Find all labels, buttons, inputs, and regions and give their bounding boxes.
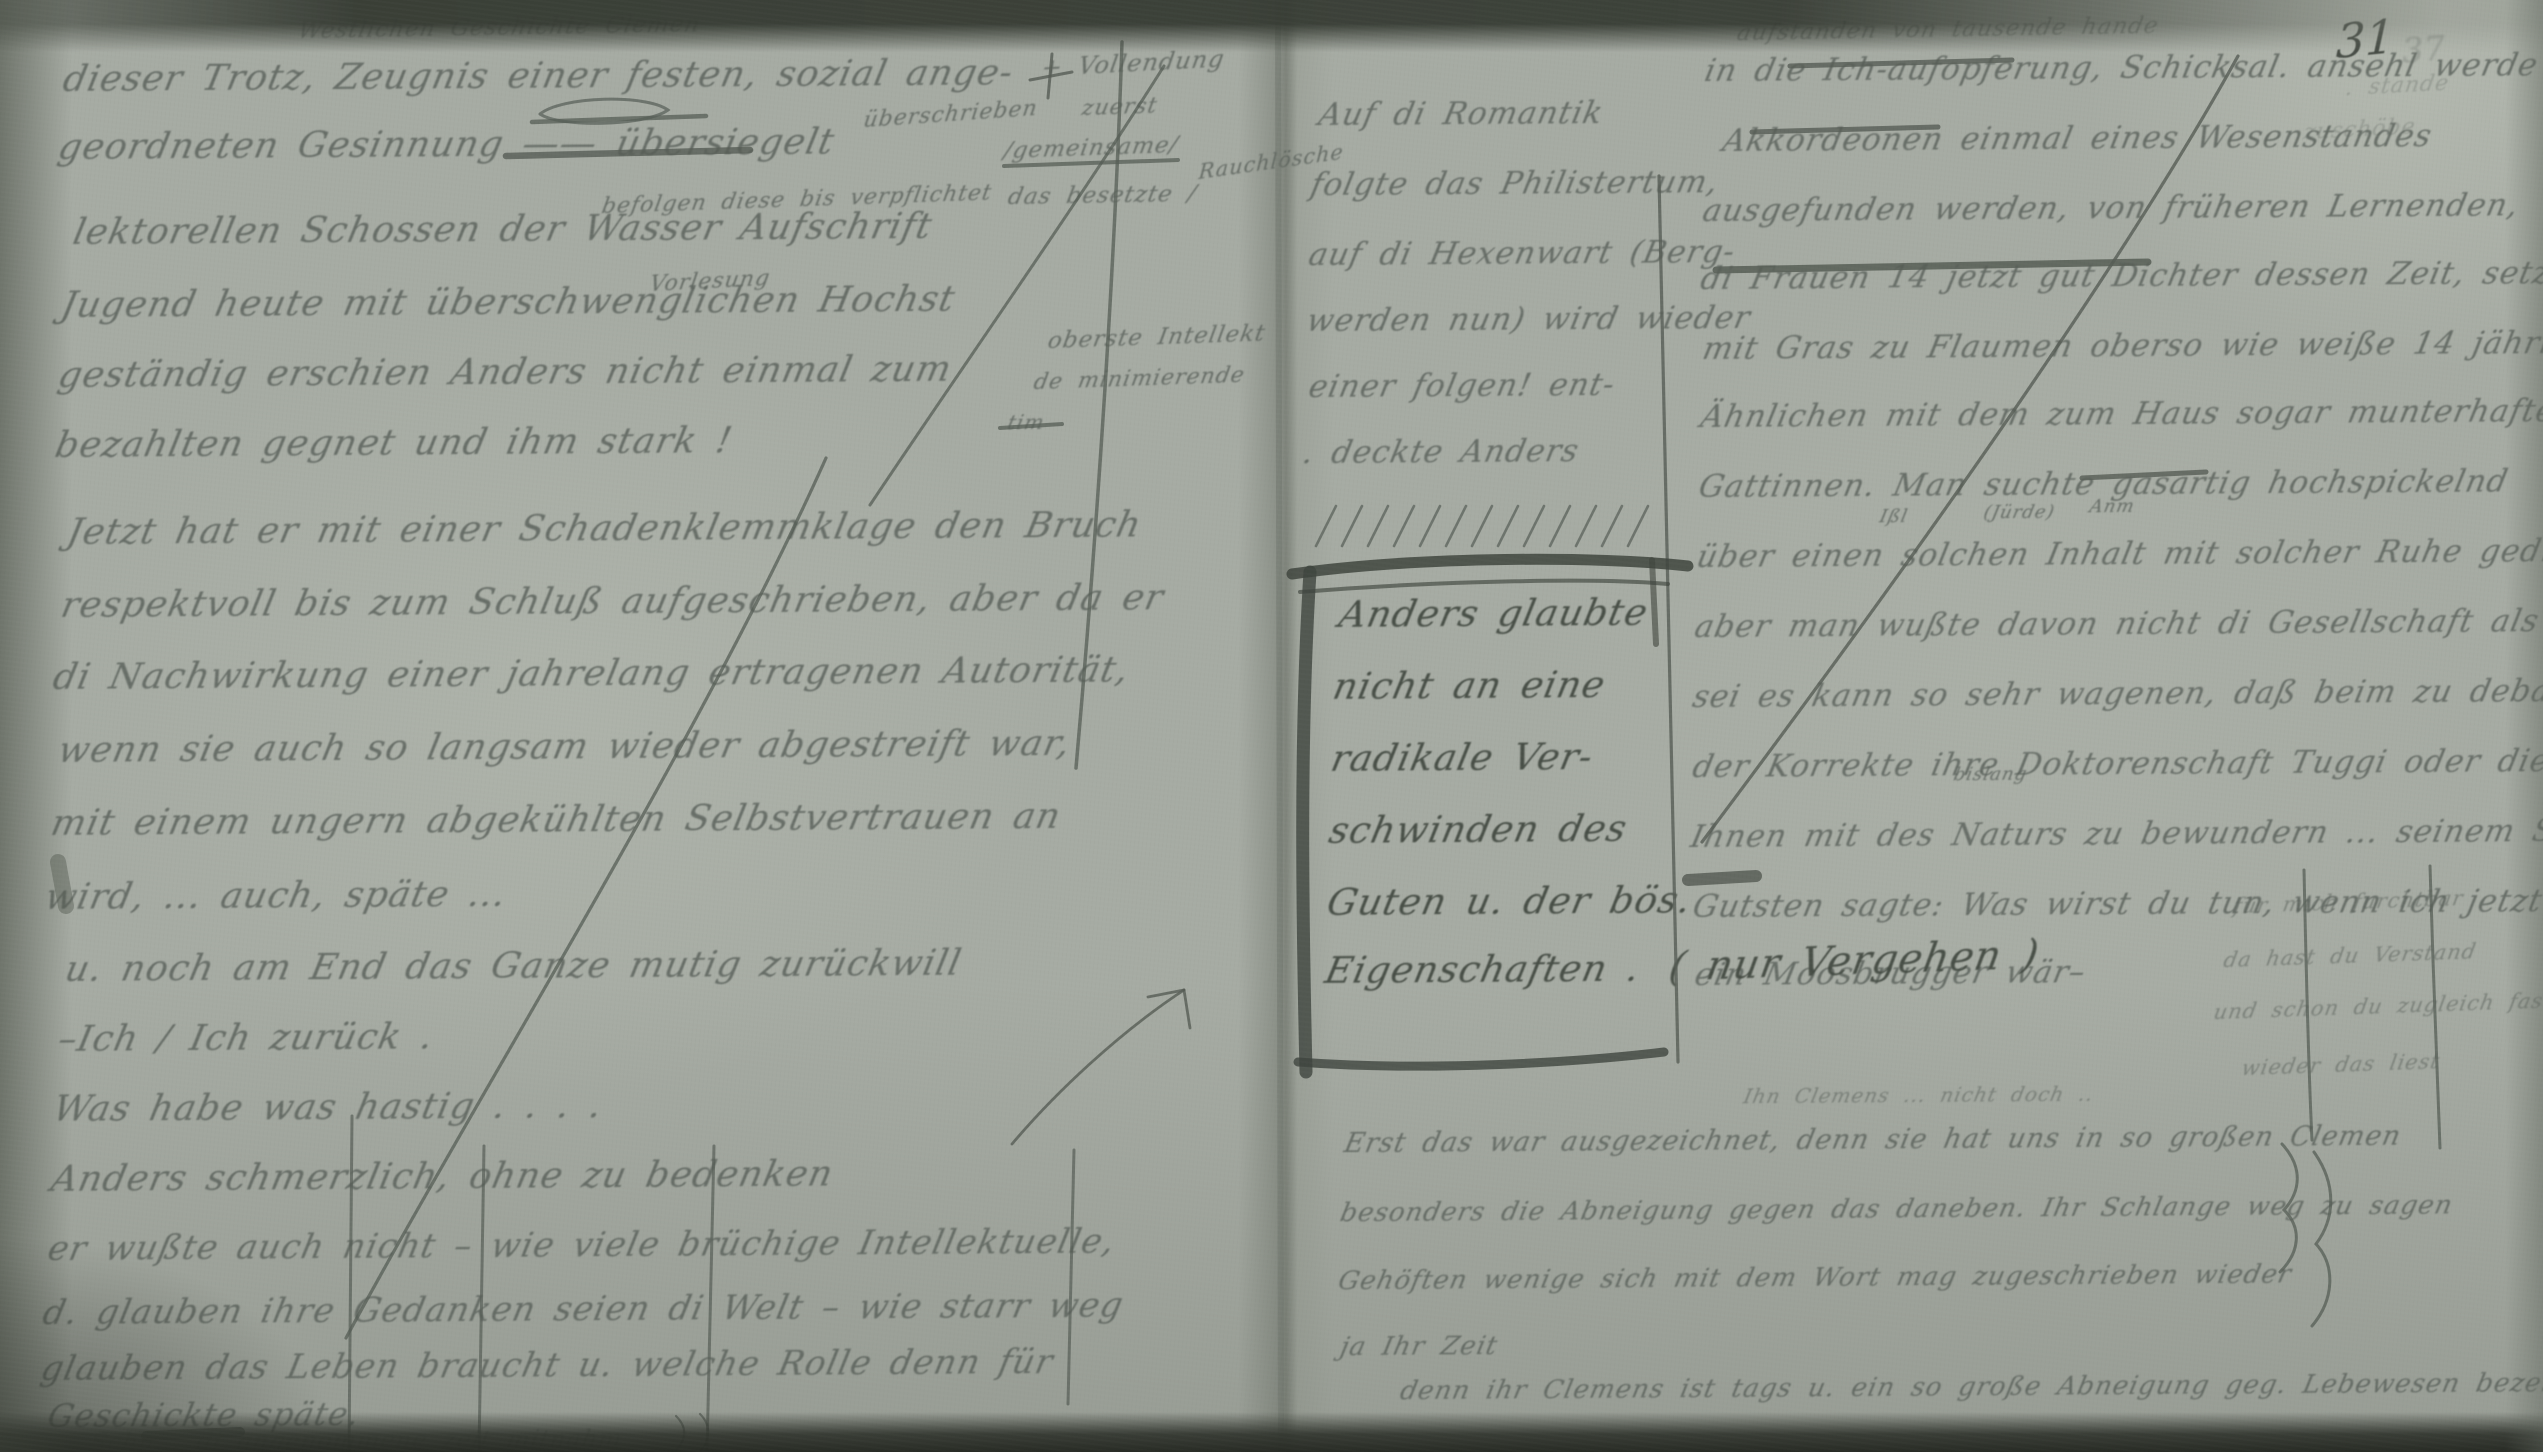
left-paragraph2-diagonal-stroke <box>346 458 826 1338</box>
strike-through-right-line4 <box>1716 262 2148 270</box>
manuscript-photo: Westlichen Geschichte Clemendieser Trotz… <box>0 0 2543 1452</box>
left-bottom-vertical-stroke-3 <box>707 1146 714 1452</box>
left-bottom-vertical-stroke-1 <box>349 1116 352 1452</box>
strike-through-margin-note <box>1004 160 1178 166</box>
right-long-diagonal-stroke <box>1702 56 2238 842</box>
strike-through-tim <box>1000 424 1062 428</box>
box-border-top <box>1292 559 1688 574</box>
left-bottom-brace-1 <box>676 1416 684 1450</box>
hatch-mark-7 <box>1472 506 1492 546</box>
left-bottom-vertical-stroke-4 <box>1068 1150 1074 1404</box>
margin-plus-cross-v <box>1048 54 1052 98</box>
arrow-head-barb-2 <box>1184 990 1190 1028</box>
hatch-mark-3 <box>1368 506 1388 546</box>
hatch-mark-11 <box>1576 506 1596 546</box>
left-edge-notch <box>58 862 66 906</box>
right-margin-brace-2 <box>2312 1152 2331 1326</box>
box-border-left <box>1303 572 1310 1072</box>
page-number-faint: 37 <box>2401 29 2447 72</box>
strike-through-right-line7 <box>2082 472 2206 478</box>
hatch-mark-13 <box>1628 506 1648 546</box>
arrow-shaft <box>1012 990 1184 1144</box>
strike-through-gesinnung <box>506 150 750 156</box>
dark-smear-bottom-left <box>146 1432 240 1436</box>
right-margin-note-cancel-2 <box>2430 866 2440 1148</box>
hatch-mark-6 <box>1446 506 1466 546</box>
box-border-bottom <box>1298 1052 1664 1066</box>
left-bottom-vertical-stroke-2 <box>479 1146 484 1452</box>
right-margin-brace-1 <box>2280 1144 2297 1272</box>
right-margin-note-cancel-1 <box>2304 870 2312 1140</box>
box-border-right-corner <box>1652 560 1656 644</box>
right-vertical-cancel-stroke <box>1659 176 1678 1062</box>
hatch-mark-10 <box>1550 506 1570 546</box>
pencil-strokes-layer <box>0 0 2543 1452</box>
box-border-top-double <box>1300 581 1668 592</box>
hatch-mark-1 <box>1316 506 1336 546</box>
gutter-fold-line <box>1278 0 1281 1452</box>
strike-through-oval-word <box>532 116 706 122</box>
hatch-mark-4 <box>1394 506 1414 546</box>
page-number: 31 <box>2335 9 2395 70</box>
strike-through-right-line1 <box>1790 60 2012 66</box>
hatch-mark-8 <box>1498 506 1518 546</box>
left-margin-cancel-stroke <box>1076 42 1122 768</box>
hatch-mark-9 <box>1524 506 1544 546</box>
strike-through-right-line2 <box>1752 127 1938 132</box>
hatch-mark-5 <box>1420 506 1440 546</box>
dark-dash-under-moosbrugger <box>1688 876 1756 880</box>
left-paragraph1-diagonal-stroke <box>870 66 1164 505</box>
hatch-mark-12 <box>1602 506 1622 546</box>
hatch-mark-2 <box>1342 506 1362 546</box>
